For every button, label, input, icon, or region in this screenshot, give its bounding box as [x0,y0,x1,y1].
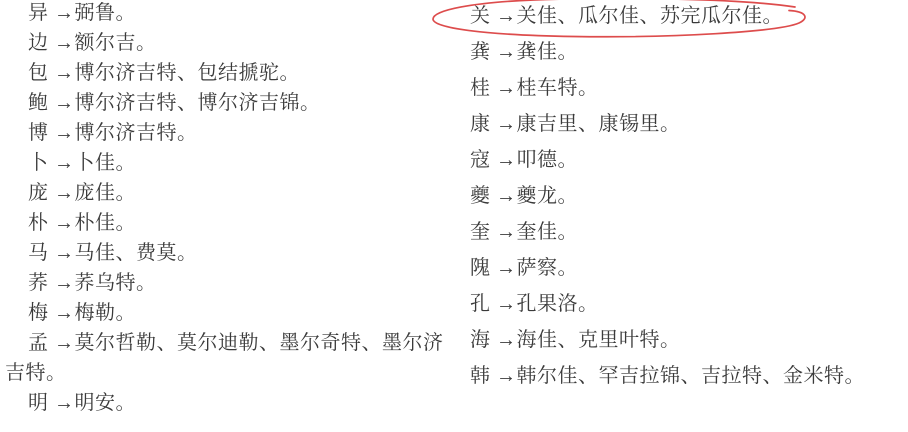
mapping-entry: 孔 →孔果洛。 [447,286,907,322]
mapping-entry: 边 →额尔吉。 [5,28,449,58]
mapping-entry: 海 →海佳、克里叶特。 [447,322,907,358]
mapping-entry: 梅 →梅勒。 [5,298,449,328]
right-column: 关 →关佳、瓜尔佳、苏完瓜尔佳。 龚 →龚佳。 桂 →桂车特。 康 →康吉里、康… [447,0,907,394]
mapping-entry: 卜 →卜佳。 [5,148,449,178]
mapping-entry: 孟 →莫尔哲勒、莫尔迪勒、墨尔奇特、墨尔济吉特。 [5,328,449,388]
mapping-entry: 桂 →桂车特。 [447,70,907,106]
mapping-entry: 康 →康吉里、康锡里。 [447,106,907,142]
mapping-entry: 异 →弼鲁。 [5,0,449,28]
mapping-entry: 庞 →庞佳。 [5,178,449,208]
mapping-entry: 马 →马佳、费莫。 [5,238,449,268]
document-page: 异 →弼鲁。 边 →额尔吉。 包 →博尔济吉特、包结搋驼。 鲍 →博尔济吉特、博… [0,0,908,432]
mapping-entry: 隗 →萨察。 [447,250,907,286]
mapping-entry: 奎 →奎佳。 [447,214,907,250]
mapping-entry: 荞 →荞乌特。 [5,268,449,298]
mapping-entry: 韩 →韩尔佳、罕吉拉锦、吉拉特、金米特。 [447,358,907,394]
mapping-entry: 包 →博尔济吉特、包结搋驼。 [5,58,449,88]
mapping-entry-circled: 关 →关佳、瓜尔佳、苏完瓜尔佳。 [447,0,907,34]
mapping-entry: 龚 →龚佳。 [447,34,907,70]
left-column: 异 →弼鲁。 边 →额尔吉。 包 →博尔济吉特、包结搋驼。 鲍 →博尔济吉特、博… [5,0,449,418]
mapping-entry: 鲍 →博尔济吉特、博尔济吉锦。 [5,88,449,118]
mapping-entry: 夔 →夔龙。 [447,178,907,214]
mapping-entry: 明 →明安。 [5,388,449,418]
mapping-entry: 博 →博尔济吉特。 [5,118,449,148]
mapping-entry: 寇 →叩德。 [447,142,907,178]
mapping-entry: 朴 →朴佳。 [5,208,449,238]
